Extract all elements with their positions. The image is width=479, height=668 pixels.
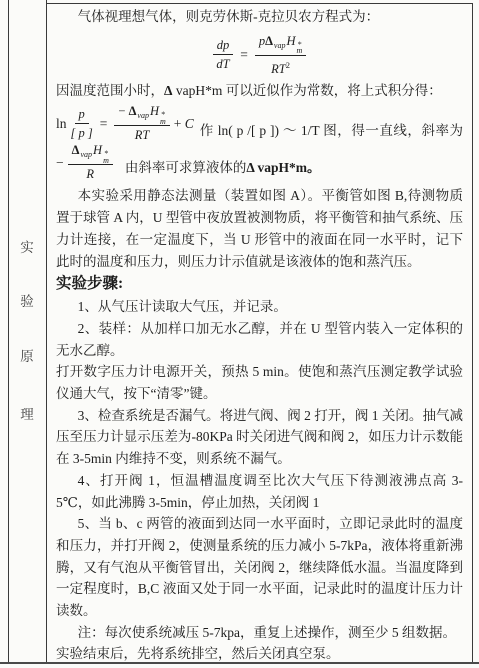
fraction-p-over-p: p [ p ] xyxy=(71,107,93,140)
approx-line: 因温度范围小时，Δ vapH*m 可以近似作为常数，将上式积分得： xyxy=(56,80,463,102)
document-page: 实 验 原 理 气体视理想气体，则克劳休斯-克拉贝农方程式为： dp dT = … xyxy=(0,0,479,668)
fraction-enthalpy-RT: − ΔvapH*m RT xyxy=(114,104,169,142)
fraction-enthalpy-R: ΔvapH*m R xyxy=(68,143,113,181)
step-3: 3、检查系统是否漏气。将进气阀、阀 2 打开，阀 1 关闭。抽气减压至压力计显示… xyxy=(56,405,463,470)
step-2: 2、装样：从加样口加无水乙醇，并在 U 型管内装入一定体积的无水乙醇。 xyxy=(56,318,463,361)
content-area: 气体视理想气体，则克劳休斯-克拉贝农方程式为： dp dT = pΔvapH*m… xyxy=(47,4,472,662)
closing-line: 实验结束后，先将系统排空，然后关闭真空泵。 xyxy=(56,643,463,665)
step-4: 4、打开阀 1，恒温槽温度调至比次大气压下待测液沸点高 3-5℃，如此沸腾 3-… xyxy=(56,470,463,513)
power-on-paragraph: 打开数字压力计电源开关，预热 5 min。使饱和蒸汽压测定教学试验仪通大气，按下… xyxy=(56,361,463,404)
integrated-formula-row: ln p [ p ] = − ΔvapH*m RT + C 作 ln( p /[… xyxy=(56,104,463,142)
plot-instruction-line: 作 ln( p /[ p ]) ～ 1/T 图，得一直线，斜率为 xyxy=(200,120,463,143)
fraction-dp-dT: dp dT xyxy=(213,38,234,71)
intro-line: 气体视理想气体，则克劳休斯-克拉贝农方程式为： xyxy=(56,6,463,28)
slope-formula-row: − ΔvapH*m R 由斜率可求算液体的Δ vapH*m。 xyxy=(56,143,463,181)
table-border-right xyxy=(472,3,473,664)
formula-integrated: ln p [ p ] = − ΔvapH*m RT + C xyxy=(56,104,194,142)
equals-sign: = xyxy=(240,44,248,66)
fraction-rhs: pΔvapH*m RT2 xyxy=(255,34,306,76)
row-header-char: 理 xyxy=(8,403,46,423)
step-5: 5、当 b、c 两管的液面到达同一水平面时，立即记录此时的温度和压力，并打开阀 … xyxy=(56,513,463,622)
formula-clausius-clapeyron: dp dT = pΔvapH*m RT2 xyxy=(56,34,463,76)
delta-symbol: Δ xyxy=(72,143,80,157)
row-header-char: 验 xyxy=(8,290,46,310)
equals-sign: = xyxy=(100,113,108,135)
slope-conclusion-line: 由斜率可求算液体的Δ vapH*m。 xyxy=(125,157,321,182)
step-1: 1、从气压计读取大气压，并记录。 xyxy=(56,296,463,318)
delta-symbol: Δ xyxy=(265,34,273,48)
formula-slope: − ΔvapH*m R xyxy=(56,143,117,181)
delta-symbol: Δ xyxy=(129,104,137,118)
row-header-char: 实 xyxy=(8,236,46,256)
row-header-experiment-principle: 实 验 原 理 xyxy=(8,0,46,664)
delta-symbol: Δ xyxy=(246,160,254,175)
row-header-char: 原 xyxy=(8,345,46,365)
method-paragraph: 本实验采用静态法测量（装置如图 A）。平衡管如图 B,待测物质置于球管 A 内，… xyxy=(56,185,463,272)
steps-header: 实验步骤: xyxy=(56,272,463,296)
note-line: 注：每次使系统减压 5-7kpa，重复上述操作，测至少 5 组数据。 xyxy=(56,622,463,644)
